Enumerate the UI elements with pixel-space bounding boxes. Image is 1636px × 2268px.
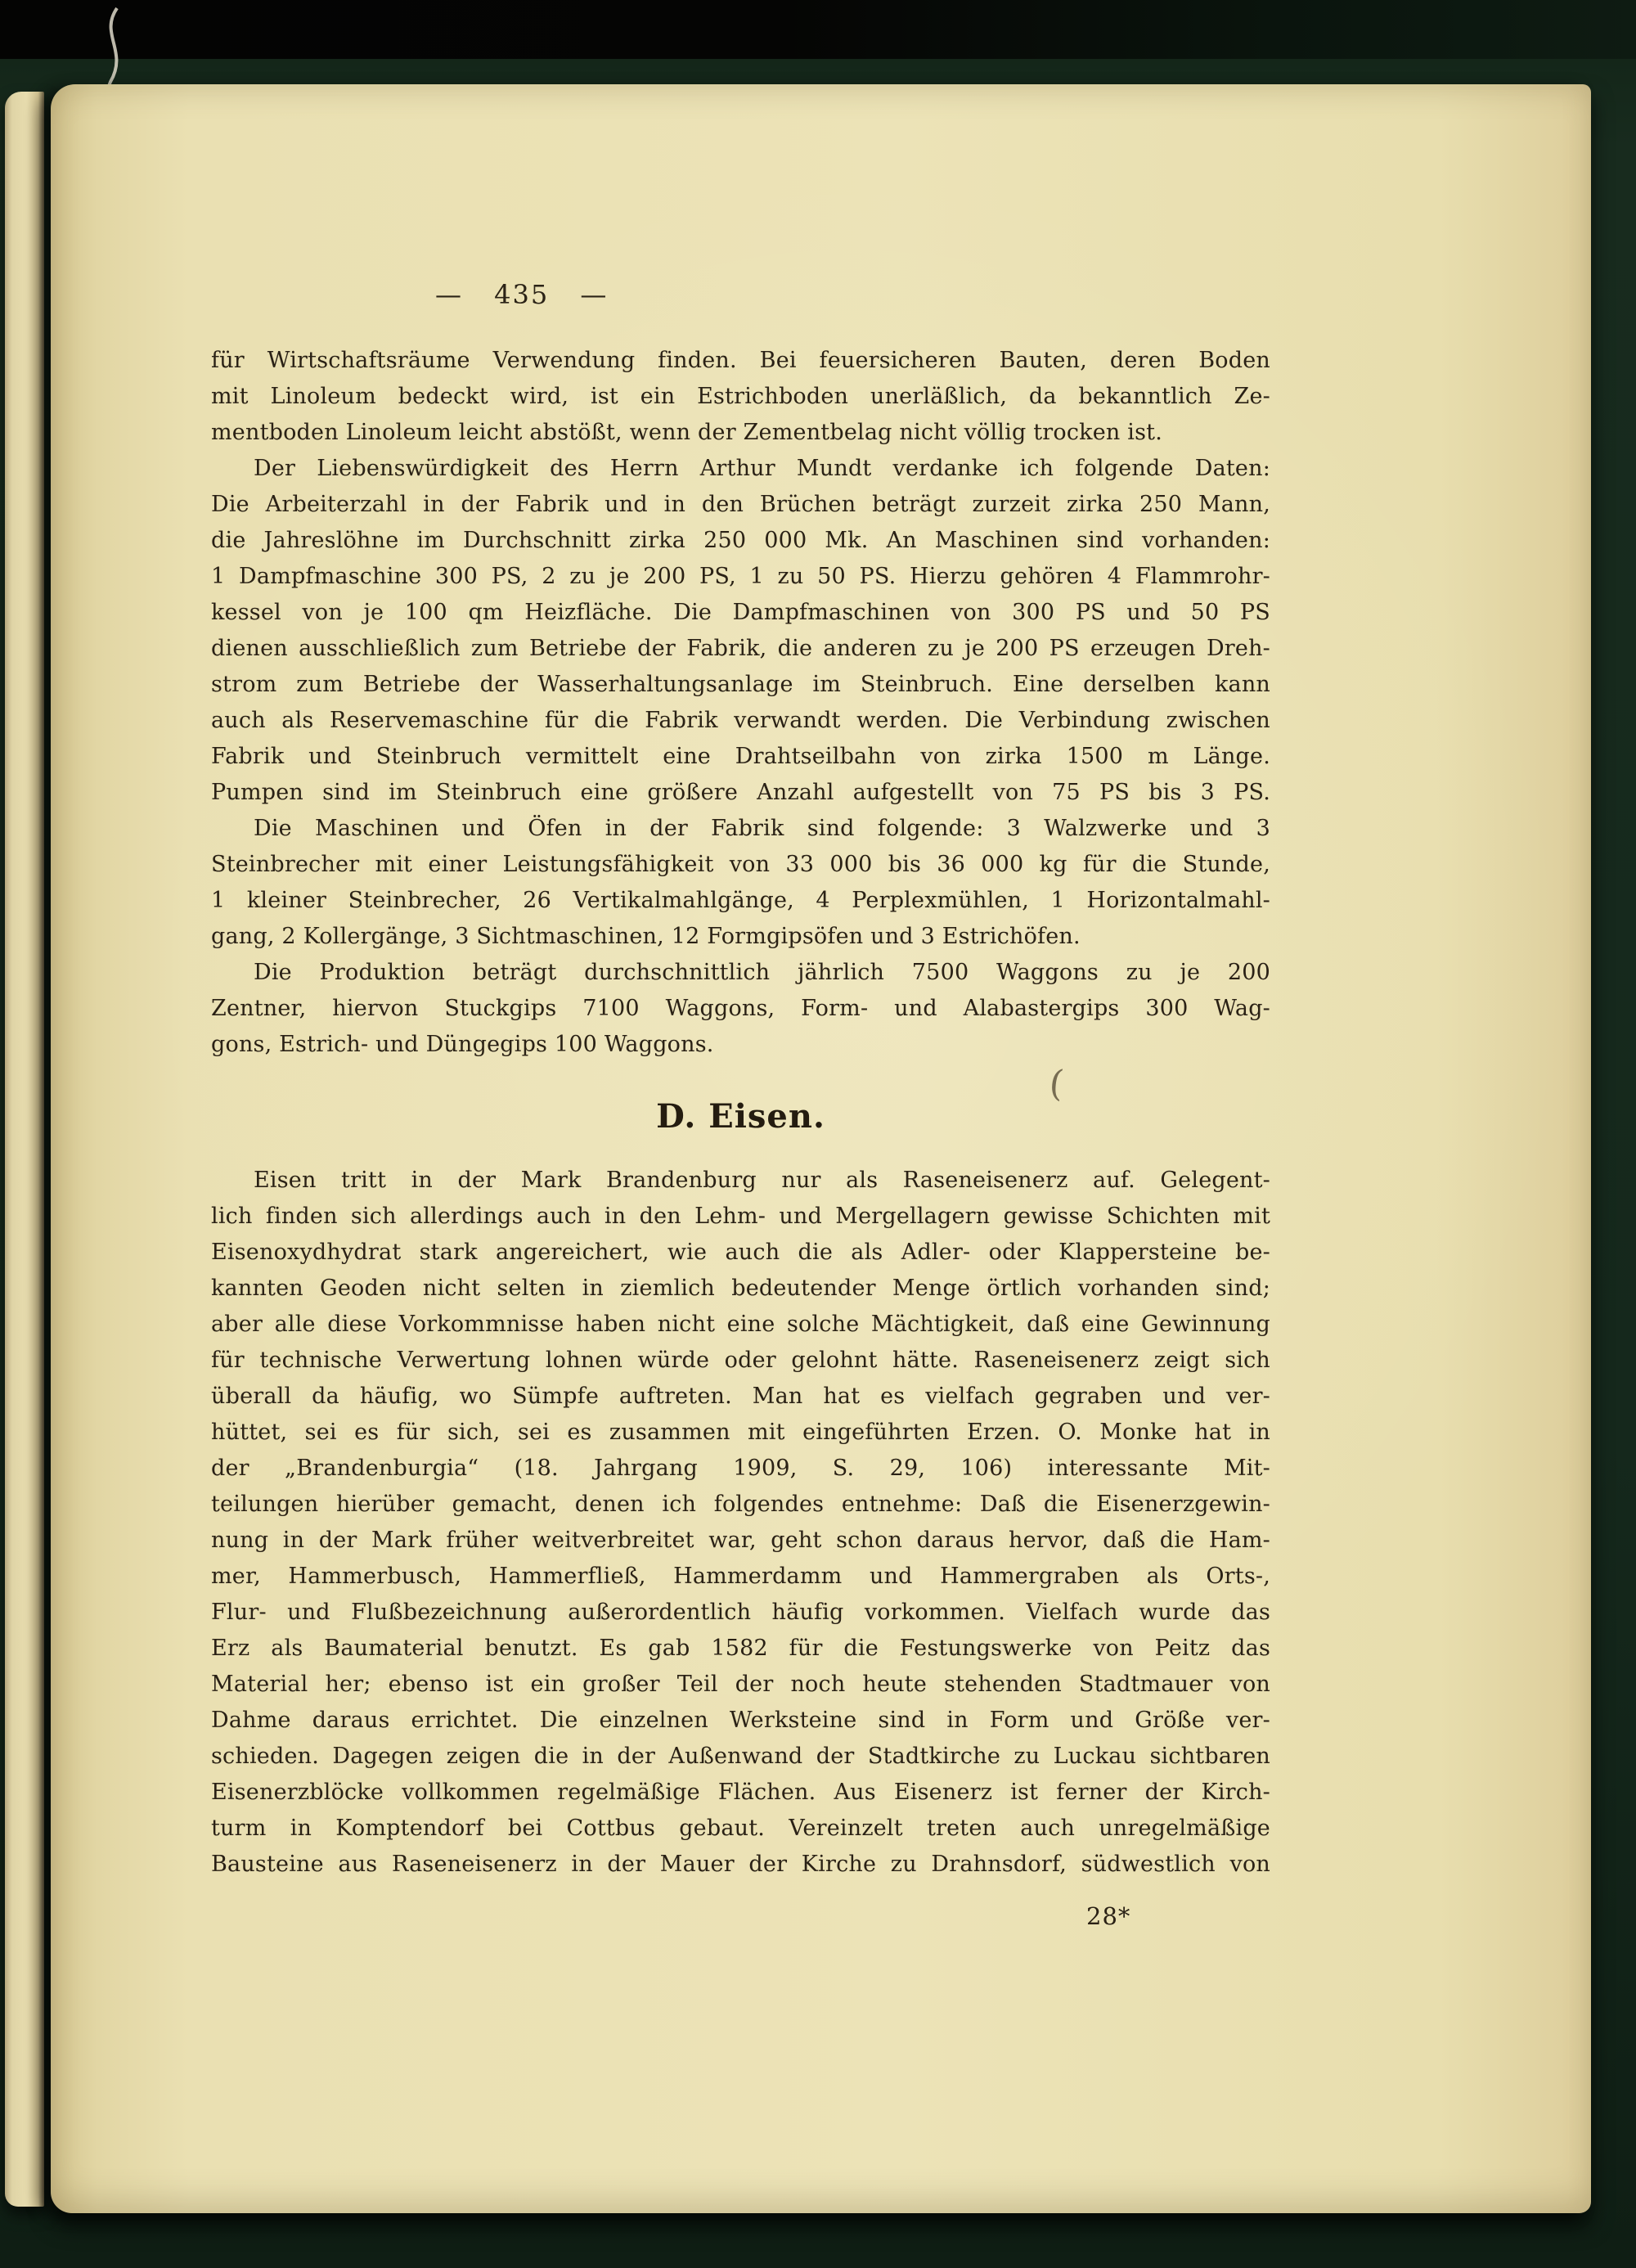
text-column: für Wirtschaftsräume Verwendung finden. …	[211, 343, 1270, 1883]
text-line: Der Liebenswürdigkeit des Herrn Arthur M…	[211, 451, 1270, 487]
scanned-book-photo: { "page": { "header": { "page_number": "…	[0, 0, 1636, 2268]
text-line: Bausteine aus Raseneisenerz in der Mauer…	[211, 1847, 1270, 1883]
text-line: Die Produktion beträgt durchschnittlich …	[211, 955, 1270, 991]
text-line: dienen ausschließlich zum Betriebe der F…	[211, 631, 1270, 667]
text-line: strom zum Betriebe der Wasserhaltungsanl…	[211, 667, 1270, 703]
text-line: Pumpen sind im Steinbruch eine größere A…	[211, 775, 1270, 811]
text-line: kannten Geoden nicht selten in ziemlich …	[211, 1271, 1270, 1307]
text-line: überall da häufig, wo Sümpfe auftreten. …	[211, 1379, 1270, 1415]
text-line: Eisenerzblöcke vollkommen regelmäßige Fl…	[211, 1775, 1270, 1811]
paragraphs-below-heading: Eisen tritt in der Mark Brandenburg nur …	[211, 1163, 1270, 1883]
text-line: aber alle diese Vorkommnisse haben nicht…	[211, 1307, 1270, 1343]
text-line: der „Brandenburgia“ (18. Jahrgang 1909, …	[211, 1451, 1270, 1487]
stacked-page-edges	[5, 92, 44, 2207]
text-line: für Wirtschaftsräume Verwendung finden. …	[211, 343, 1270, 379]
page-number: — 435 —	[435, 279, 608, 310]
text-line: 1 Dampfmaschine 300 PS, 2 zu je 200 PS, …	[211, 559, 1270, 595]
text-line: lich finden sich allerdings auch in den …	[211, 1199, 1270, 1235]
text-line: Material her; ebenso ist ein großer Teil…	[211, 1667, 1270, 1703]
text-line: Eisenoxydhydrat stark angereichert, wie …	[211, 1235, 1270, 1271]
paragraph: Eisen tritt in der Mark Brandenburg nur …	[211, 1163, 1270, 1883]
text-line: nung in der Mark früher weitverbreitet w…	[211, 1523, 1270, 1559]
section-heading: D. Eisen.	[211, 1096, 1270, 1138]
text-line: Dahme daraus errichtet. Die einzelnen We…	[211, 1703, 1270, 1739]
text-line: für technische Verwertung lohnen würde o…	[211, 1343, 1270, 1379]
paragraph: für Wirtschaftsräume Verwendung finden. …	[211, 343, 1270, 451]
text-line: 1 kleiner Steinbrecher, 26 Vertikalmahlg…	[211, 883, 1270, 919]
text-line: Fabrik und Steinbruch vermittelt eine Dr…	[211, 739, 1270, 775]
text-line: Zentner, hiervon Stuckgips 7100 Waggons,…	[211, 991, 1270, 1027]
text-line: Eisen tritt in der Mark Brandenburg nur …	[211, 1163, 1270, 1199]
text-line: turm in Komptendorf bei Cottbus gebaut. …	[211, 1811, 1270, 1847]
text-line: Die Arbeiterzahl in der Fabrik und in de…	[211, 487, 1270, 523]
text-line: auch als Reservemaschine für die Fabrik …	[211, 703, 1270, 739]
paragraph: Der Liebenswürdigkeit des Herrn Arthur M…	[211, 451, 1270, 811]
text-line: mit Linoleum bedeckt wird, ist ein Estri…	[211, 379, 1270, 415]
signature-mark: 28*	[1086, 1902, 1130, 1930]
text-line: teilungen hierüber gemacht, denen ich fo…	[211, 1487, 1270, 1523]
text-line: kessel von je 100 qm Heizfläche. Die Dam…	[211, 595, 1270, 631]
text-line: gang, 2 Kollergänge, 3 Sichtmaschinen, 1…	[211, 919, 1270, 955]
paragraph: Die Produktion beträgt durchschnittlich …	[211, 955, 1270, 1063]
text-line: mer, Hammerbusch, Hammerfließ, Hammerdam…	[211, 1559, 1270, 1595]
text-line: Die Maschinen und Öfen in der Fabrik sin…	[211, 811, 1270, 847]
text-line: Flur- und Flußbezeichnung außerordentlic…	[211, 1595, 1270, 1631]
text-line: gons, Estrich- und Düngegips 100 Waggons…	[211, 1027, 1270, 1063]
scan-top-black-band	[0, 0, 1636, 59]
paragraphs-above-heading: für Wirtschaftsräume Verwendung finden. …	[211, 343, 1270, 1063]
text-line: Erz als Baumaterial benutzt. Es gab 1582…	[211, 1631, 1270, 1667]
paragraph: Die Maschinen und Öfen in der Fabrik sin…	[211, 811, 1270, 955]
book-page: — 435 — ( für Wirtschaftsräume Verwendun…	[51, 84, 1591, 2213]
text-line: hüttet, sei es für sich, sei es zusammen…	[211, 1415, 1270, 1451]
text-line: Steinbrecher mit einer Leistungsfähigkei…	[211, 847, 1270, 883]
text-line: die Jahreslöhne im Durchschnitt zirka 25…	[211, 523, 1270, 559]
text-line: schieden. Dagegen zeigen die in der Auße…	[211, 1739, 1270, 1775]
text-line: mentboden Linoleum leicht abstößt, wenn …	[211, 415, 1270, 451]
